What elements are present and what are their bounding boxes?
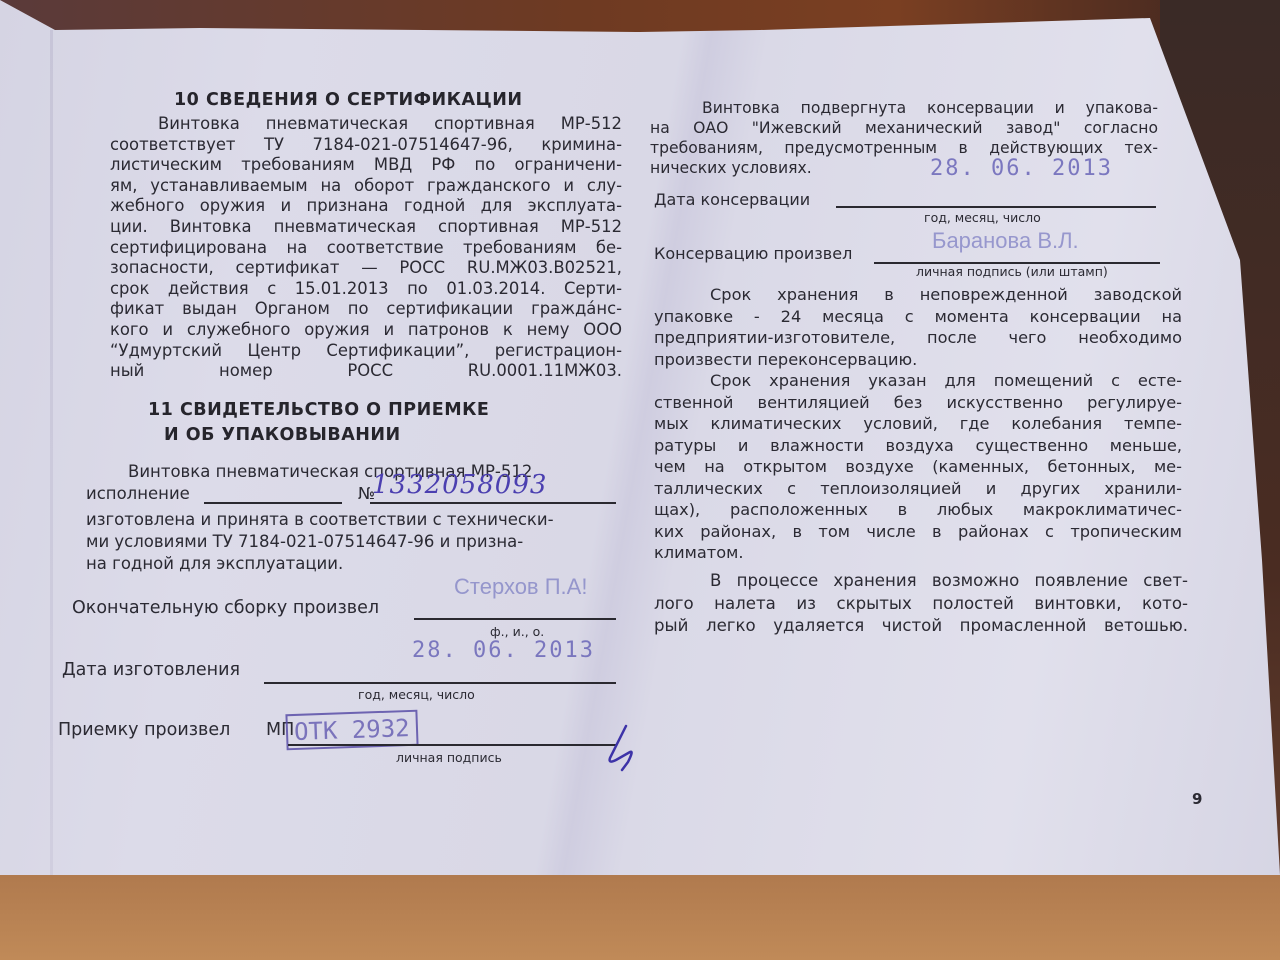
text-line: ный номер РОСС RU.0001.11МЖ03. (110, 361, 622, 382)
text-line: ям, устанавливаемым на оборот гражданско… (110, 176, 622, 197)
text-line: на ОАО "Ижевский механический завод" сог… (650, 118, 1158, 138)
section-11-line4: на годной для эксплуатации. (86, 554, 343, 573)
left-page: 10 СВЕДЕНИЯ О СЕРТИФИКАЦИИ Винтовка пнев… (70, 90, 630, 382)
text-line: соответствует ТУ 7184-021-07514647-96, к… (110, 135, 622, 156)
text-line: лого налета из скрытых полостей винтовки… (654, 593, 1188, 616)
page-number: 9 (1192, 790, 1202, 808)
acceptance-caption: личная подпись (396, 750, 502, 765)
acceptance-label: Приемку произвел (58, 720, 230, 740)
assembler-stamp: Стерхов П.А! (454, 574, 587, 600)
text-line: упаковке - 24 месяца с момента консервац… (654, 306, 1182, 328)
text-line: таллических с теплоизоляцией и других хр… (654, 478, 1182, 500)
text-line: В процессе хранения возможно появление с… (654, 570, 1188, 593)
manufacture-date-stamp: 28. 06. 2013 (412, 638, 595, 663)
execution-field-line (204, 502, 342, 504)
text-line: кого и служебного оружия и патронов к не… (110, 320, 622, 341)
text-line: срок действия с 15.01.2013 по 01.03.2014… (110, 279, 622, 300)
assembly-caption: ф., и., о. (490, 624, 544, 639)
text-line: сертифицирована на соответствие требован… (110, 238, 622, 259)
text-line: Винтовка подвергнута консервации и упако… (650, 98, 1158, 118)
conservation-date-stamp: 28. 06. 2013 (930, 156, 1113, 181)
manufacture-date-label: Дата изготовления (62, 660, 240, 680)
conserved-by-stamp: Баранова В.Л. (932, 228, 1079, 254)
section-11-title-line1: 11 СВИДЕТЕЛЬСТВО О ПРИЕМКЕ (148, 400, 489, 420)
page-fold (50, 30, 53, 875)
text-line: жебного оружия и признана годной для экс… (110, 196, 622, 217)
text-line: мых климатических условий, где колебания… (654, 413, 1182, 435)
serial-number-handwritten: 1332058093 (372, 470, 547, 500)
serial-number-field-line (370, 502, 616, 504)
text-line: “Удмуртский Центр Сертификации”, регистр… (110, 341, 622, 362)
storage-paragraph-2: Срок хранения указан для помещений с ест… (654, 370, 1182, 564)
text-line: ственной вентиляцией без искусственно ре… (654, 392, 1182, 414)
table-surface (0, 875, 1280, 960)
text-line: ции. Винтовка пневматическая спортивная … (110, 217, 622, 238)
text-line: ратуры и влажности воздуха существенно м… (654, 435, 1182, 457)
conservation-date-field-line (836, 206, 1156, 208)
storage-paragraph-1: Срок хранения в неповрежденной заводской… (654, 284, 1182, 370)
storage-paragraph-3: В процессе хранения возможно появление с… (654, 570, 1188, 638)
text-line: ких районах, в том числе в районах с тро… (654, 521, 1182, 543)
manufacture-date-caption: год, месяц, число (358, 687, 475, 702)
text-line: произвести переконсервацию. (654, 349, 1182, 371)
section-11-title-line2: И ОБ УПАКОВЫВАНИИ (164, 425, 401, 445)
section-10-title: 10 СВЕДЕНИЯ О СЕРТИФИКАЦИИ (174, 90, 630, 110)
conserved-by-caption: личная подпись (или штамп) (916, 264, 1108, 279)
booklet-spread: 10 СВЕДЕНИЯ О СЕРТИФИКАЦИИ Винтовка пнев… (0, 0, 1280, 875)
conservation-date-caption: год, месяц, число (924, 210, 1041, 225)
text-line: предприятии-изготовителе, после чего нео… (654, 327, 1182, 349)
text-line: фикат выдан Органом по сертификации граж… (110, 299, 622, 320)
right-page: Винтовка подвергнута консервации и упако… (650, 98, 1180, 178)
manufacture-date-field-line (264, 682, 616, 684)
section-11-line3: ми условиями ТУ 7184-021-07514647-96 и п… (86, 532, 523, 551)
assembly-label: Окончательную сборку произвел (72, 598, 379, 618)
text-line: рый легко удаляется чистой промасленной … (654, 615, 1188, 638)
conservation-date-label: Дата консервации (654, 190, 810, 209)
assembly-field-line (414, 618, 616, 620)
section-11-line2: изготовлена и принята в соответствии с т… (86, 510, 554, 529)
text-line: требованиям, предусмотренным в действующ… (650, 138, 1158, 158)
signature-mark (600, 722, 640, 776)
acceptance-field-line (288, 744, 616, 746)
text-line: Срок хранения указан для помещений с ест… (654, 370, 1182, 392)
text-line: Срок хранения в неповрежденной заводской (654, 284, 1182, 306)
text-line: Винтовка пневматическая спортивная МР-51… (110, 114, 622, 135)
text-line: зопасности, сертификат — РОСС RU.МЖ03.В0… (110, 258, 622, 279)
conserved-by-label: Консервацию произвел (654, 244, 852, 263)
text-line: листическим требованиям МВД РФ по ограни… (110, 155, 622, 176)
text-line: климатом. (654, 542, 1182, 564)
text-line: щах), расположенных в любых макроклимати… (654, 499, 1182, 521)
execution-label: исполнение (86, 484, 190, 503)
text-line: чем на открытом воздухе (каменных, бетон… (654, 456, 1182, 478)
section-10-body: Винтовка пневматическая спортивная МР-51… (110, 114, 622, 382)
